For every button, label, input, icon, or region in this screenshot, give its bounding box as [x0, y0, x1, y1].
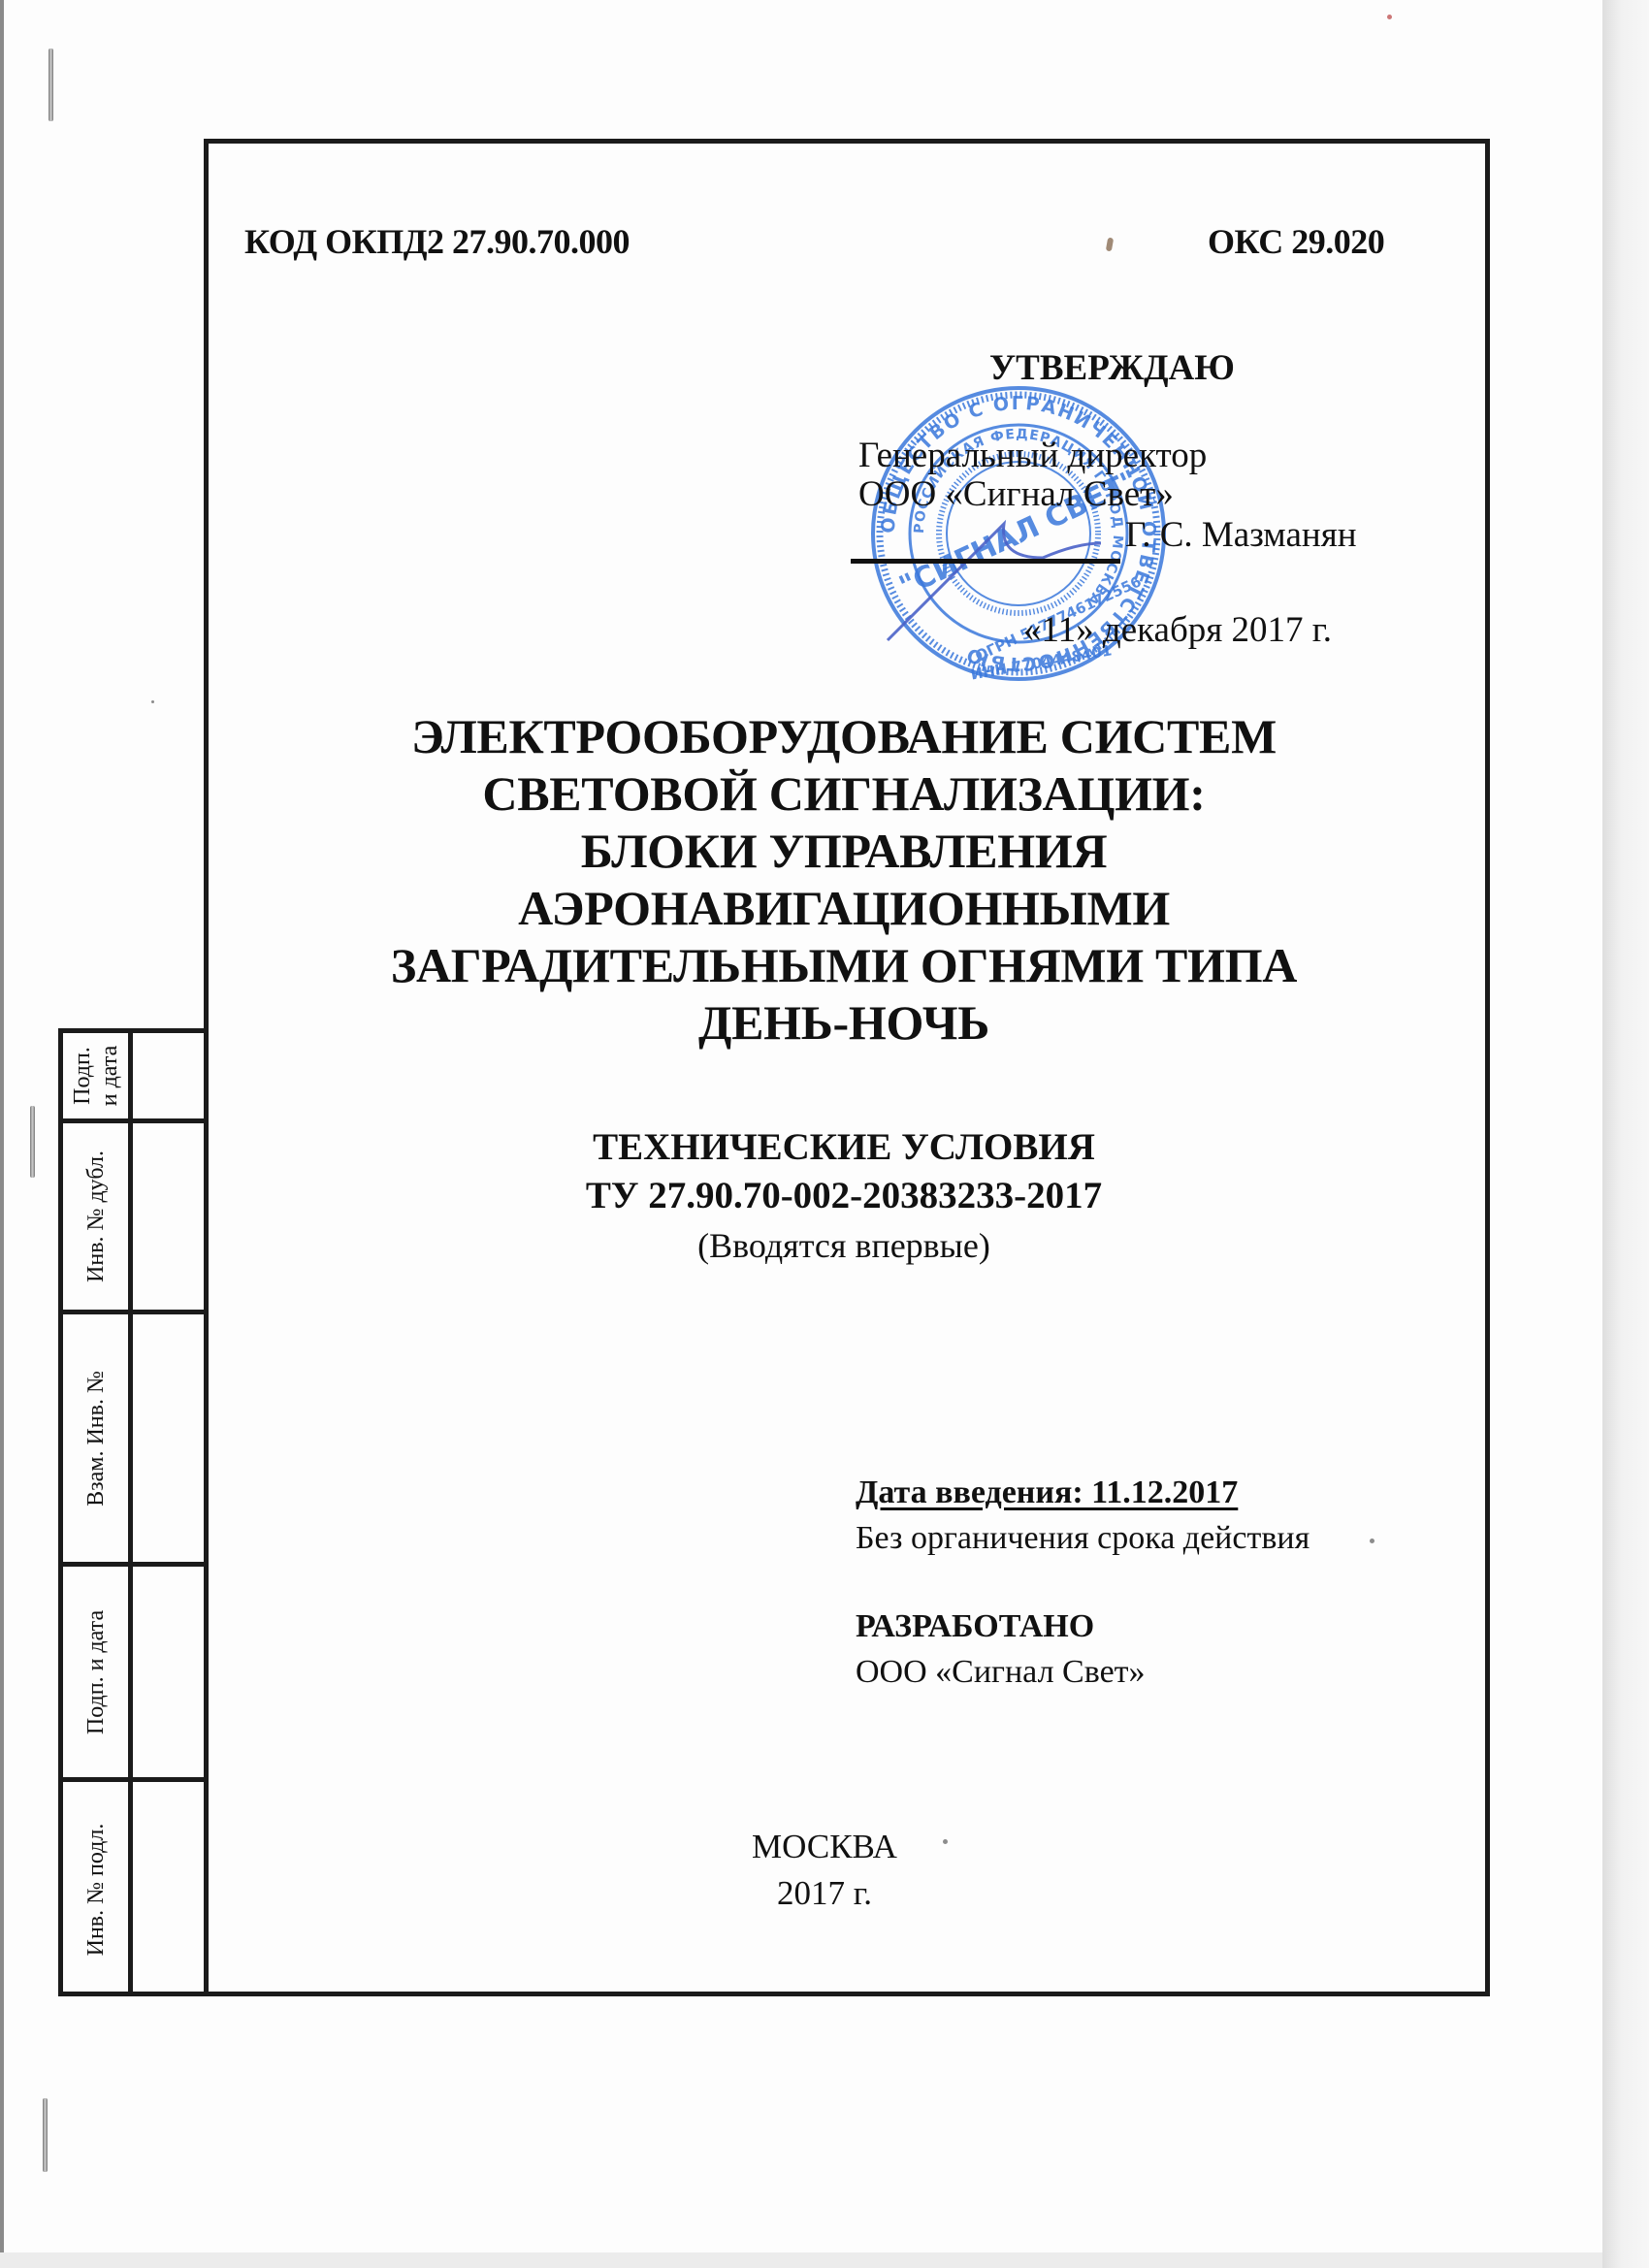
document-type: ТЕХНИЧЕСКИЕ УСЛОВИЯ: [291, 1125, 1397, 1169]
approval-date: «11» декабря 2017 г.: [1023, 609, 1332, 651]
validity-period: Без органичения срока действия: [856, 1520, 1309, 1557]
side-row-dup-inv: Инв. № дубл.: [63, 1123, 209, 1314]
staple-mark-top: [48, 49, 53, 121]
side-value: [133, 1782, 209, 1996]
approver-name: Г. С. Мазманян: [1125, 514, 1357, 556]
approver-position: Генеральный директор: [858, 435, 1207, 476]
approver-company: ООО «Сигнал Свет»: [858, 473, 1174, 515]
side-label: Инв. № подл.: [82, 1823, 110, 1956]
title-line: ДЕНЬ-НОЧЬ: [291, 994, 1397, 1052]
oks-code: ОКС 29.020: [1208, 221, 1384, 262]
scan-speck: [1387, 15, 1392, 19]
signature-line: [851, 559, 1120, 564]
side-value: [133, 1314, 209, 1562]
document-title: ЭЛЕКТРООБОРУДОВАНИЕ СИСТЕМ СВЕТОВОЙ СИГН…: [291, 708, 1397, 1052]
side-label: Инв. № дубл.: [82, 1150, 110, 1282]
okpd-code: КОД ОКПД2 27.90.70.000: [244, 221, 630, 262]
scan-edge-left: [0, 0, 4, 2268]
side-row-orig-inv: Инв. № подл.: [63, 1782, 209, 1996]
developer-name: ООО «Сигнал Свет»: [856, 1654, 1146, 1691]
side-row-replace-inv: Взам. Инв. №: [63, 1314, 209, 1567]
year: 2017 г.: [601, 1870, 1048, 1917]
title-line: СВЕТОВОЙ СИГНАЛИЗАЦИИ:: [291, 765, 1397, 823]
side-value: [133, 1033, 209, 1118]
side-label: Подп. и дата: [69, 1046, 123, 1107]
side-value: [133, 1123, 209, 1310]
place-and-year: МОСКВА 2017 г.: [601, 1824, 1048, 1917]
title-line: ЭЛЕКТРООБОРУДОВАНИЕ СИСТЕМ: [291, 708, 1397, 765]
side-registration-table: Подп. и дата Инв. № дубл. Взам. Инв. № П…: [58, 1028, 209, 1996]
document-note: (Вводятся впервые): [291, 1225, 1397, 1266]
developed-label: РАЗРАБОТАНО: [856, 1608, 1094, 1645]
approval-heading: УТВЕРЖДАЮ: [989, 347, 1235, 389]
scan-speck: [151, 700, 154, 703]
title-line: БЛОКИ УПРАВЛЕНИЯ: [291, 823, 1397, 880]
scan-edge-right: [1602, 0, 1649, 2268]
title-line: АЭРОНАВИГАЦИОННЫМИ: [291, 880, 1397, 937]
side-row-sign-date-2: Подп. и дата: [63, 1567, 209, 1782]
city: МОСКВА: [601, 1824, 1048, 1870]
side-row-sign-date: Подп. и дата: [63, 1033, 209, 1123]
scan-edge-bottom: [0, 2252, 1602, 2268]
title-line: ЗАГРАДИТЕЛЬНЫМИ ОГНЯМИ ТИПА: [291, 937, 1397, 994]
staple-mark-bottom: [43, 2098, 48, 2172]
side-label: Взам. Инв. №: [82, 1371, 110, 1507]
page-frame: [204, 139, 1490, 1996]
introduction-date: Дата введения: 11.12.2017: [856, 1474, 1238, 1511]
staple-mark-middle: [30, 1106, 35, 1178]
document-number: ТУ 27.90.70-002-20383233-2017: [291, 1174, 1397, 1217]
side-value: [133, 1567, 209, 1777]
side-label: Подп. и дата: [82, 1609, 110, 1733]
